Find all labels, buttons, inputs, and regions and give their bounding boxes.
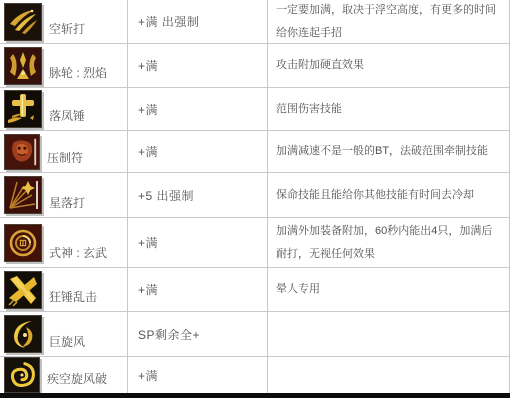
table-row: 空斩打 +满 出强制 一定要加满，取决于浮空高度，有更多的时间给你连起手招 <box>0 0 510 44</box>
points-cell: +满 <box>128 218 268 268</box>
desc-cell: 一定要加满，取决于浮空高度，有更多的时间给你连起手招 <box>268 0 510 44</box>
skill-name: 巨旋风 <box>49 333 85 356</box>
points-value: +满 <box>138 234 158 251</box>
skill-cell: 压制符 <box>0 131 128 173</box>
skill-name: 星落打 <box>49 194 85 217</box>
phoenix-hammer-icon <box>4 90 42 128</box>
desc-cell <box>268 312 510 357</box>
sky-whirlwind-break-icon <box>4 357 40 393</box>
skill-cell: 疾空旋风破 <box>0 357 128 393</box>
skill-cell: 式神 : 玄武 <box>0 218 128 268</box>
skill-name: 脉轮 : 烈焰 <box>49 64 107 87</box>
skill-name: 式神 : 玄武 <box>49 244 107 267</box>
desc-cell: 攻击附加硬直效果 <box>268 44 510 88</box>
table-row: 星落打 +5 出强制 保命技能且能给你其他技能有时间去冷却 <box>0 173 510 218</box>
skill-name: 空斩打 <box>49 20 85 43</box>
table-row: 疾空旋风破 +满 <box>0 357 510 393</box>
points-value: +满 <box>138 367 158 384</box>
points-cell: +满 <box>128 357 268 393</box>
skill-cell: 落凤锤 <box>0 88 128 131</box>
desc-cell: 加满减速不是一般的BT，法破范围牵制技能 <box>268 131 510 173</box>
skill-cell: 狂锤乱击 <box>0 268 128 312</box>
table-row: 脉轮 : 烈焰 +满 攻击附加硬直效果 <box>0 44 510 88</box>
table-row: 压制符 +满 加满减速不是一般的BT，法破范围牵制技能 <box>0 131 510 173</box>
suppression-talisman-icon <box>4 134 40 170</box>
points-cell: +满 <box>128 44 268 88</box>
skill-table: 空斩打 +满 出强制 一定要加满，取决于浮空高度，有更多的时间给你连起手招 脉轮… <box>0 0 510 393</box>
skill-name: 疾空旋风破 <box>47 370 107 393</box>
table-row: 狂锤乱击 +满 晕人专用 <box>0 268 510 312</box>
skill-cell: 巨旋风 <box>0 312 128 357</box>
table-row: 巨旋风 SP剩余全+ <box>0 312 510 357</box>
chakra-flame-icon <box>4 47 42 85</box>
skill-name: 压制符 <box>47 149 83 172</box>
desc-cell: 范围伤害技能 <box>268 88 510 131</box>
table-row: 落凤锤 +满 范围伤害技能 <box>0 88 510 131</box>
points-value: +满 出强制 <box>138 13 199 30</box>
points-value: SP剩余全+ <box>138 326 200 343</box>
desc-text: 加满外加装备附加，60秒内能出4只，加满后耐打，无视任何效果 <box>276 220 499 266</box>
air-slash-icon <box>4 3 42 41</box>
skill-name: 狂锤乱击 <box>49 288 97 311</box>
bottom-divider-bar <box>0 393 510 398</box>
star-fall-icon <box>4 176 42 214</box>
skill-cell: 脉轮 : 烈焰 <box>0 44 128 88</box>
points-value: +5 出强制 <box>138 187 194 204</box>
desc-cell: 保命技能且能给你其他技能有时间去冷却 <box>268 173 510 218</box>
points-cell: +满 <box>128 88 268 131</box>
desc-text: 晕人专用 <box>276 278 320 301</box>
desc-cell <box>268 357 510 393</box>
mad-hammer-icon <box>4 271 42 309</box>
points-cell: SP剩余全+ <box>128 312 268 357</box>
points-value: +满 <box>138 143 158 160</box>
points-value: +满 <box>138 101 158 118</box>
points-cell: +满 出强制 <box>128 0 268 44</box>
points-cell: +满 <box>128 268 268 312</box>
skill-name: 落凤锤 <box>49 107 85 130</box>
desc-cell: 加满外加装备附加，60秒内能出4只，加满后耐打，无视任何效果 <box>268 218 510 268</box>
points-value: +满 <box>138 281 158 298</box>
points-cell: +5 出强制 <box>128 173 268 218</box>
desc-text: 加满减速不是一般的BT，法破范围牵制技能 <box>276 140 488 163</box>
points-value: +满 <box>138 57 158 74</box>
shikigami-xuanwu-icon <box>4 224 42 262</box>
points-cell: +满 <box>128 131 268 173</box>
desc-text: 范围伤害技能 <box>276 98 342 121</box>
skill-cell: 空斩打 <box>0 0 128 44</box>
desc-cell: 晕人专用 <box>268 268 510 312</box>
table-row: 式神 : 玄武 +满 加满外加装备附加，60秒内能出4只，加满后耐打，无视任何效… <box>0 218 510 268</box>
desc-text: 攻击附加硬直效果 <box>276 54 364 77</box>
desc-text: 保命技能且能给你其他技能有时间去冷却 <box>276 184 474 207</box>
skill-cell: 星落打 <box>0 173 128 218</box>
giant-whirlwind-icon <box>4 315 42 353</box>
desc-text: 一定要加满，取决于浮空高度，有更多的时间给你连起手招 <box>276 0 499 44</box>
